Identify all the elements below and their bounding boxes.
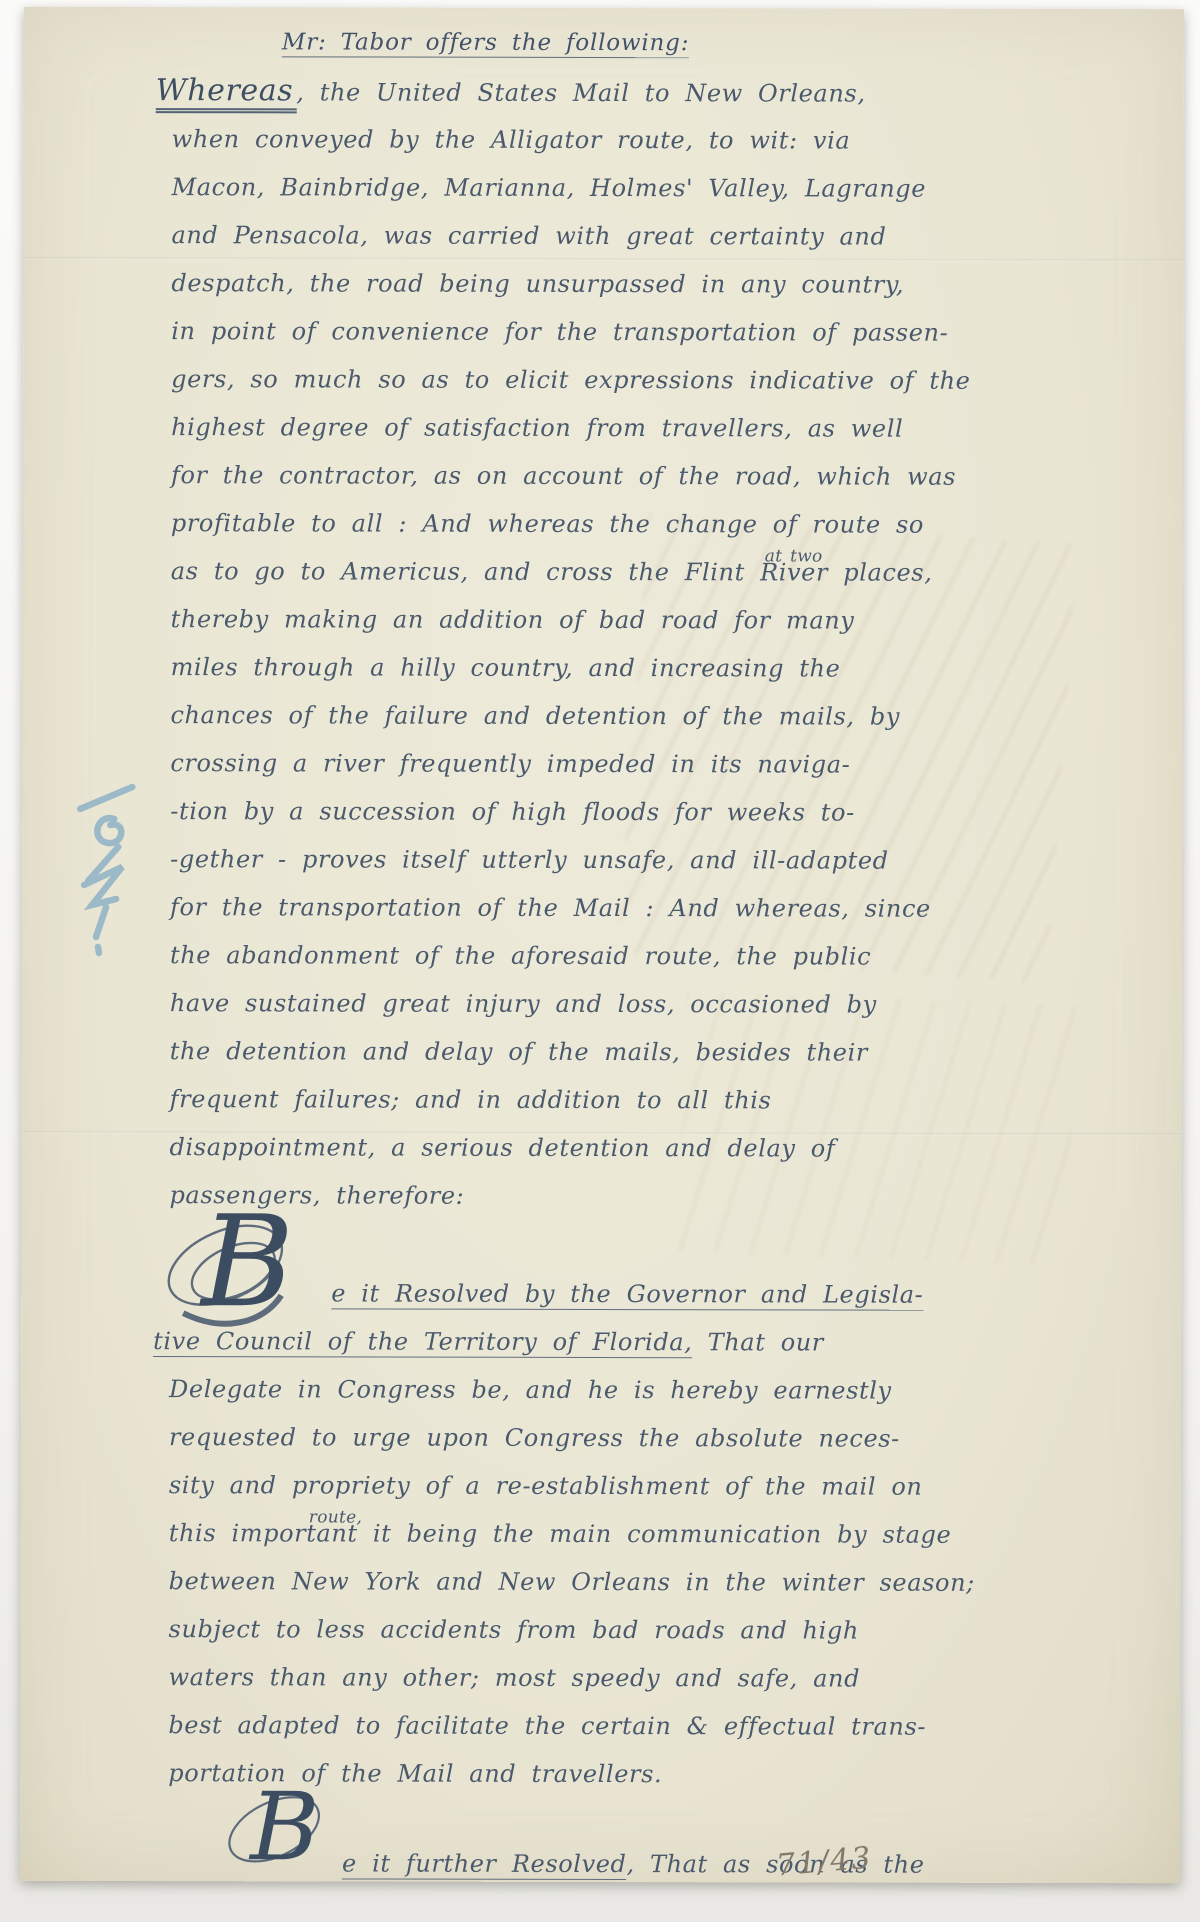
- manuscript-line: in point of convenience for the transpor…: [153, 307, 1033, 357]
- underlined-resolve-text: e it further Resolved: [342, 1849, 627, 1880]
- manuscript-line: the detention and delay of the mails, be…: [152, 1027, 1032, 1077]
- manuscript-line: subject to less accidents from bad roads…: [151, 1605, 1031, 1655]
- first-resolution-paragraph: B e it Resolved by the Governor and Legi…: [150, 1269, 1031, 1799]
- manuscript-line: waters than any other; most speedy and s…: [150, 1653, 1030, 1703]
- manuscript-line: -tion by a succession of high floods for…: [152, 787, 1032, 837]
- manuscript-line: chances of the failure and detention of …: [152, 691, 1032, 741]
- manuscript-line: have sustained great injury and loss, oc…: [152, 979, 1032, 1029]
- manuscript-line: best adapted to facilitate the certain &…: [150, 1701, 1030, 1751]
- manuscript-line: highest degree of satisfaction from trav…: [153, 403, 1033, 453]
- interline-insertion-at-two: at two: [765, 548, 823, 564]
- attribution-heading: Mr: Tabor offers the following:: [282, 29, 689, 56]
- manuscript-line: e it Resolved by the Governor and Legisl…: [151, 1269, 1031, 1319]
- line-text: it being the main communication by stage: [373, 1520, 951, 1549]
- manuscript-line-with-insertion: this important route, it being the main …: [151, 1509, 1031, 1559]
- manuscript-line: thereby making an addition of bad road f…: [153, 595, 1033, 645]
- manuscript-line: Whereas, the United States Mail to New O…: [154, 67, 1034, 117]
- manuscript-line: crossing a river frequently impeded in i…: [152, 739, 1032, 789]
- manuscript-line: for the contractor, as on account of the…: [153, 451, 1033, 501]
- manuscript-line: Macon, Bainbridge, Marianna, Holmes' Val…: [154, 163, 1034, 213]
- manuscript-line: -gether - proves itself utterly unsafe, …: [152, 835, 1032, 885]
- manuscript-line: disappointment, a serious detention and …: [152, 1123, 1032, 1173]
- interline-insertion-route: route,: [309, 1509, 362, 1525]
- manuscript-line: when conveyed by the Alligator route, to…: [154, 115, 1034, 165]
- manuscript-page: Mr: Tabor offers the following: Whereas,…: [20, 7, 1184, 1883]
- manuscript-line: miles through a hilly country, and incre…: [153, 643, 1033, 693]
- manuscript-line-with-insertion: as to go to Americus, and cross the Flin…: [153, 547, 1033, 597]
- underlined-resolve-text: tive Council of the Territory of Florida…: [153, 1327, 692, 1358]
- manuscript-line: frequent failures; and in addition to al…: [152, 1075, 1032, 1125]
- whereas-lead-word: Whereas: [156, 73, 297, 113]
- manuscript-line: profitable to all : And whereas the chan…: [153, 499, 1033, 549]
- manuscript-line: despatch, the road being unsurpassed in …: [153, 259, 1033, 309]
- attribution-text: Mr: Tabor offers the following:: [282, 29, 689, 58]
- manuscript-line: sity and propriety of a re-establishment…: [151, 1461, 1031, 1511]
- line-text: That our: [692, 1328, 824, 1356]
- manuscript-line: requested to urge upon Congress the abso…: [151, 1413, 1031, 1463]
- whereas-paragraph: Whereas, the United States Mail to New O…: [151, 67, 1033, 1221]
- line-text: as to go to Americus, and cross the Flin…: [171, 557, 828, 586]
- manuscript-line: the abandonment of the aforesaid route, …: [152, 931, 1032, 981]
- manuscript-line: between New York and New Orleans in the …: [151, 1557, 1031, 1607]
- manuscript-line: gers, so much so as to elicit expression…: [153, 355, 1033, 405]
- scan-mat: Mr: Tabor offers the following: Whereas,…: [0, 0, 1200, 1922]
- manuscript-line: Delegate in Congress be, and he is hereb…: [151, 1365, 1031, 1415]
- line-text: , the United States Mail to New Orleans,: [296, 78, 865, 107]
- manuscript-line: tive Council of the Territory of Florida…: [151, 1317, 1031, 1367]
- blue-pencil-margin-mark: [66, 765, 162, 977]
- underlined-resolve-text: e it Resolved by the Governor and Legisl…: [331, 1279, 923, 1310]
- manuscript-line: for the transportation of the Mail : And…: [152, 883, 1032, 933]
- manuscript-line: and Pensacola, was carried with great ce…: [153, 211, 1033, 261]
- line-text: places,: [843, 559, 932, 587]
- manuscript-line: e it further Resolved, That as soon as t…: [150, 1839, 1030, 1883]
- second-resolution-paragraph: B e it further Resolved, That as soon as…: [150, 1839, 1030, 1883]
